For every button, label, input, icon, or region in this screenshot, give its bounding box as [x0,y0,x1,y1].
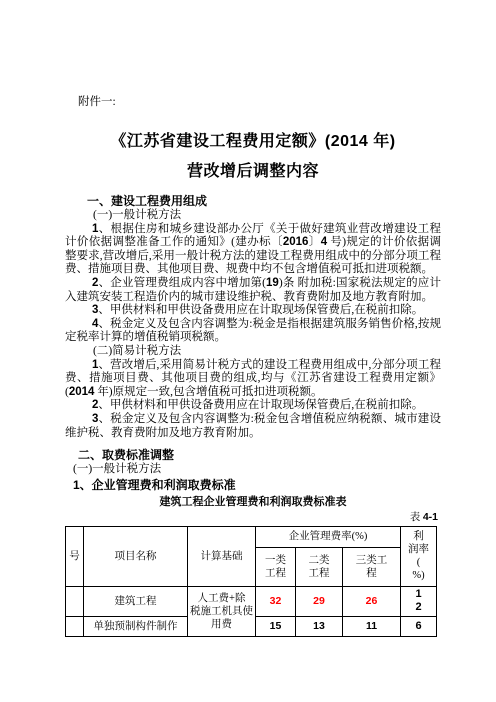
cell-project: 建筑工程 [84,586,188,616]
section1-method2-heading: (二)简易计税方法 [93,345,441,359]
bold-number: 2014 [69,386,95,398]
cell-no [66,586,84,616]
cell-rate-class1: 32 [256,586,296,616]
text-segment: 年)原规定一致,包含增值税可抵扣进项税额。 [94,386,322,398]
paragraph-simple-1: 1、营改增后,采用简易计税方式的建设工程费用组成中,分部分项工程费、措施项目费、… [65,359,441,400]
cell-calc-base: 人工费+除 税施工机具使 用费 [188,586,256,636]
bold-number: 19 [266,277,279,289]
text-segment: 、企业管理费组成内容中增加第( [98,277,266,289]
cell-profit-rate: 12 [401,586,437,616]
cell-project: 单独预制构件制作 [84,616,188,636]
text-segment: 、甲供材料和甲供设备费用应在计取现场保管费后,在税前扣除。 [98,304,423,316]
profit-value: 6 [414,620,424,633]
text-segment: 、甲供材料和甲供设备费用应在计取现场保管费后,在税前扣除。 [98,399,423,411]
paragraph-simple-2: 2、甲供材料和甲供设备费用应在计取现场保管费后,在税前扣除。 [65,399,441,413]
table-header-row-1: 号 项目名称 计算基础 企业管理费率(%) 利 润率 ( %) [66,526,437,547]
paragraph-general-3: 3、甲供材料和甲供设备费用应在计取现场保管费后,在税前扣除。 [65,304,441,318]
table-number-label: 表 4-1 [65,511,441,524]
table-row: 建筑工程 人工费+除 税施工机具使 用费 32 29 26 12 [66,586,437,616]
fee-table-title: 建筑工程企业管理费和利润取费标准表 [65,495,441,509]
paragraph-general-2: 2、企业管理费组成内容中增加第(19)条 附加税:国家税法规定的应计入建筑安装工… [65,277,441,304]
document-page: 附件一: 《江苏省建设工程费用定额》(2014 年) 营改增后调整内容 一、建设… [0,0,496,702]
text-segment: 〕 [308,236,320,248]
header-col-base: 计算基础 [188,526,256,586]
section1-method1-heading: (一)一般计税方法 [93,209,441,223]
cell-rate-class2: 13 [296,616,343,636]
text-segment: 、税金定义及包含内容调整为:税金是指根据建筑服务销售价格,按规定税率计算的增值税… [65,318,441,344]
table-label-number: 4-1 [423,511,438,523]
cell-no [66,616,84,636]
cell-rate-class3: 26 [343,586,401,616]
cell-profit-rate: 6 [401,616,437,636]
cell-rate-class3: 11 [343,616,401,636]
paragraph-simple-3: 3、税金定义及包含内容调整为:税金包含增值税应纳税额、城市建设维护税、教育费附加… [65,413,441,440]
header-col-mgmt-rate-group: 企业管理费率(%) [256,526,401,547]
doc-title-line1: 《江苏省建设工程费用定额》(2014 年) [65,131,441,152]
header-col-class3: 三类工 程 [343,547,401,586]
header-col-class2: 二类 工程 [296,547,343,586]
document-content: 附件一: 《江苏省建设工程费用定额》(2014 年) 营改增后调整内容 一、建设… [65,95,441,637]
doc-title-line2: 营改增后调整内容 [65,161,441,182]
text-segment: 、税金定义及包含内容调整为:税金包含增值税应纳税额、城市建设维护税、教育费附加及… [65,413,441,439]
section2-sub-heading: (一)一般计税方法 [73,463,441,477]
cell-rate-class2: 29 [296,586,343,616]
table-label-prefix: 表 [410,512,423,523]
header-col-profit-rate: 利 润率 ( %) [401,526,437,586]
header-col-no: 号 [66,526,84,586]
section1-heading: 一、建设工程费用组成 [87,194,441,209]
cell-rate-class1: 15 [256,616,296,636]
header-col-project: 项目名称 [84,526,188,586]
profit-value: 12 [414,588,424,614]
paragraph-general-4: 4、税金定义及包含内容调整为:税金是指根据建筑服务销售价格,按规定税率计算的增值… [65,318,441,345]
paragraph-general-1: 1、根据住房和城乡建设部办公厅《关于做好建筑业营改增建设工程计价依据调整准备工作… [65,223,441,277]
section2-item-heading: 1、企业管理费和利润取费标准 [73,478,441,493]
fee-standard-table: 号 项目名称 计算基础 企业管理费率(%) 利 润率 ( %) 一类 工程 二类… [65,526,437,637]
attachment-label: 附件一: [78,95,441,109]
header-col-class1: 一类 工程 [256,547,296,586]
bold-number: 2016 [283,236,309,248]
section2-heading: 二、取费标准调整 [78,448,441,463]
